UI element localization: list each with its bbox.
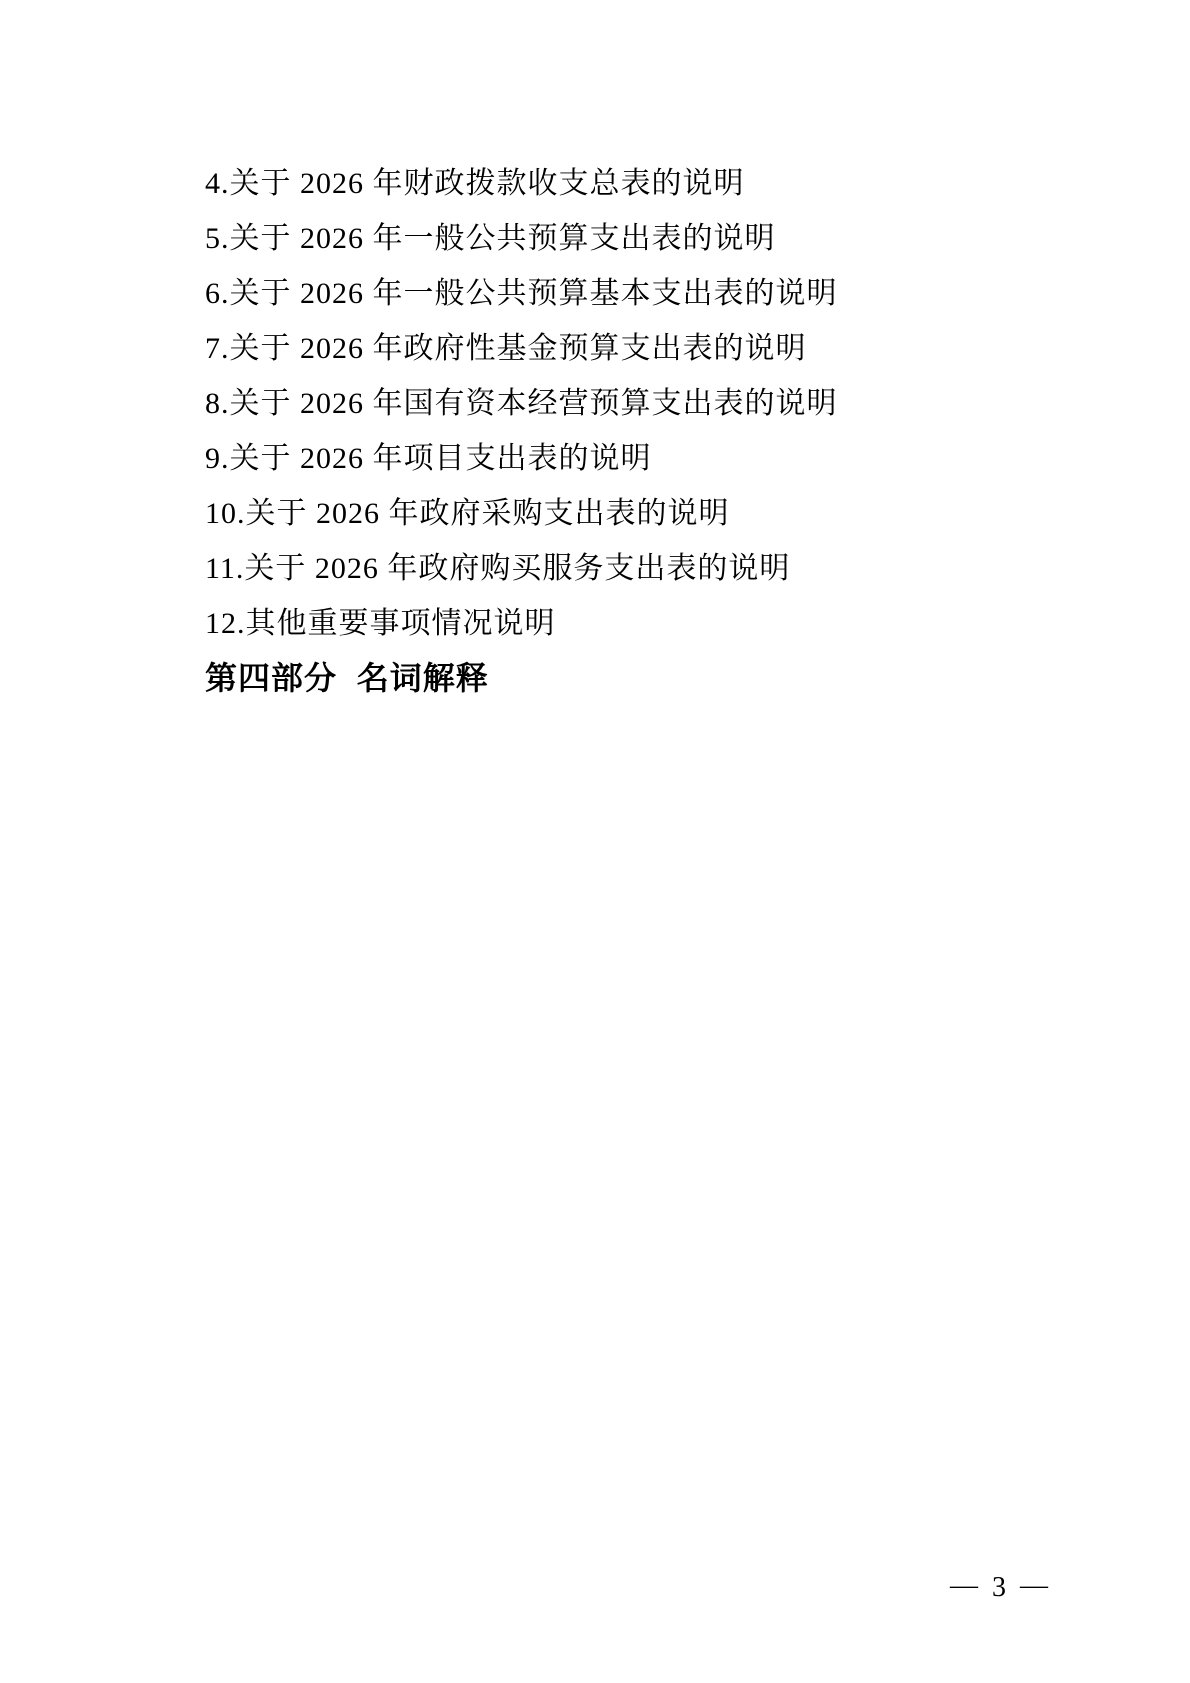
toc-item: 9.关于 2026 年项目支出表的说明 [205,431,1005,486]
toc-item: 12.其他重要事项情况说明 [205,596,1005,651]
page-number: 3 [992,1572,1006,1604]
page-number-footer: — 3 — [950,1572,1048,1604]
footer-dash-right: — [1020,1570,1048,1602]
section-heading: 第四部分 名词解释 [205,651,1005,706]
document-page: 4.关于 2026 年财政拨款收支总表的说明 5.关于 2026 年一般公共预算… [0,0,1190,1683]
table-of-contents: 4.关于 2026 年财政拨款收支总表的说明 5.关于 2026 年一般公共预算… [205,156,1005,706]
toc-item: 5.关于 2026 年一般公共预算支出表的说明 [205,211,1005,266]
toc-item: 6.关于 2026 年一般公共预算基本支出表的说明 [205,266,1005,321]
footer-dash-left: — [950,1570,978,1602]
toc-item: 10.关于 2026 年政府采购支出表的说明 [205,486,1005,541]
toc-item: 8.关于 2026 年国有资本经营预算支出表的说明 [205,376,1005,431]
toc-item: 7.关于 2026 年政府性基金预算支出表的说明 [205,321,1005,376]
toc-item: 11.关于 2026 年政府购买服务支出表的说明 [205,541,1005,596]
toc-item: 4.关于 2026 年财政拨款收支总表的说明 [205,156,1005,211]
